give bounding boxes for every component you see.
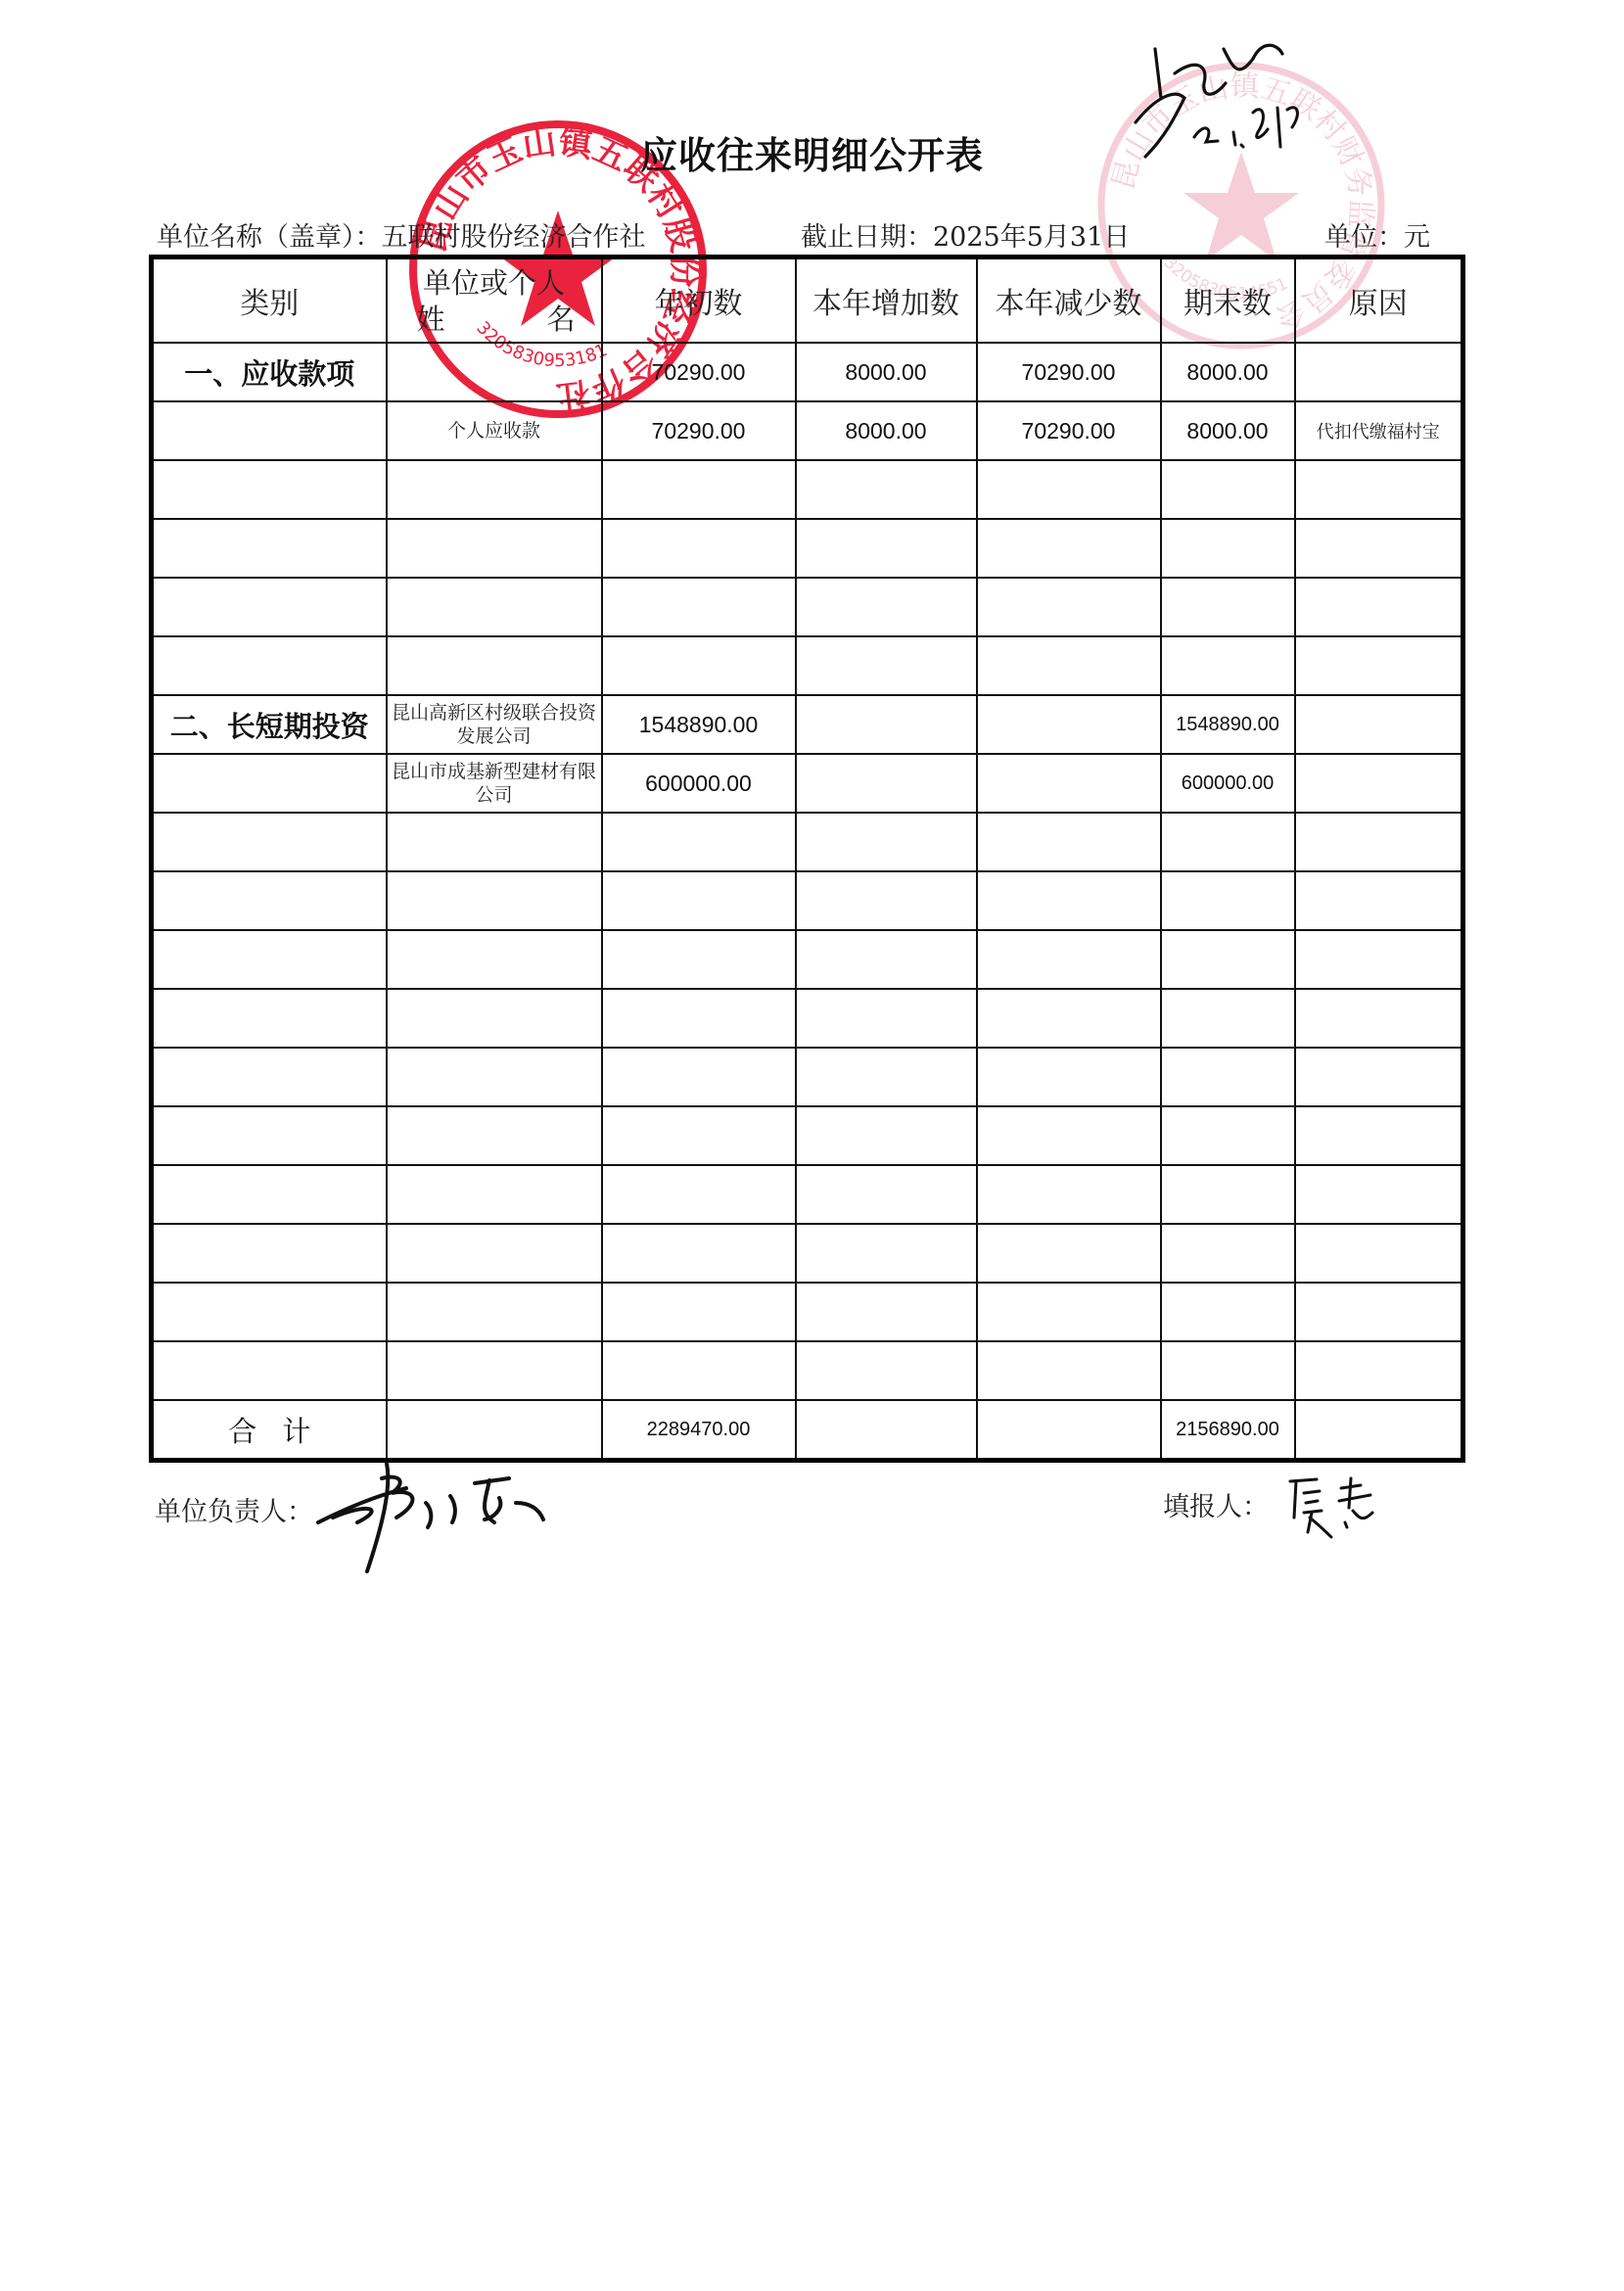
cell-decrease bbox=[977, 578, 1161, 636]
cell-decrease: 70290.00 bbox=[977, 401, 1161, 460]
cell-opening: 1548890.00 bbox=[602, 695, 796, 754]
cell-category bbox=[152, 519, 387, 578]
cell-decrease bbox=[977, 871, 1161, 930]
cell-reason bbox=[1295, 343, 1463, 401]
cell-opening bbox=[602, 871, 796, 930]
cell-increase bbox=[796, 754, 977, 813]
cell-category bbox=[152, 1224, 387, 1283]
cell-opening bbox=[602, 1224, 796, 1283]
cell-increase: 8000.00 bbox=[796, 401, 977, 460]
cell-category bbox=[152, 1341, 387, 1400]
total-row: 合计2289470.002156890.00 bbox=[152, 1400, 1463, 1461]
cell-opening: 70290.00 bbox=[602, 401, 796, 460]
table-row: 一、应收款项70290.008000.0070290.008000.00 bbox=[152, 343, 1463, 401]
cell-entity bbox=[387, 1106, 602, 1165]
cell-closing bbox=[1161, 813, 1295, 871]
cell-increase bbox=[796, 813, 977, 871]
cell-entity bbox=[387, 1341, 602, 1400]
currency-unit: 单位：元 bbox=[1324, 215, 1430, 254]
cell-reason bbox=[1295, 754, 1463, 813]
receivables-ledger-table: 类别 单位或个人 姓 名 年初数 本年增加数 本年减少数 期末数 原因 一、应收… bbox=[149, 255, 1465, 1463]
cell-decrease bbox=[977, 519, 1161, 578]
header-entity-line2b: 名 bbox=[546, 298, 575, 338]
cell-decrease bbox=[977, 1106, 1161, 1165]
cell-entity bbox=[387, 343, 602, 401]
cell-increase bbox=[796, 460, 977, 519]
cell-increase bbox=[796, 930, 977, 989]
header-increase: 本年增加数 bbox=[796, 257, 977, 344]
cell-reason bbox=[1295, 578, 1463, 636]
cell-reason bbox=[1295, 1341, 1463, 1400]
cell-decrease bbox=[977, 930, 1161, 989]
cell-increase bbox=[796, 1283, 977, 1341]
total-decrease bbox=[977, 1400, 1161, 1461]
cell-reason bbox=[1295, 460, 1463, 519]
table-row: 二、长短期投资昆山高新区村级联合投资发展公司1548890.001548890.… bbox=[152, 695, 1463, 754]
cell-opening bbox=[602, 636, 796, 695]
cell-reason bbox=[1295, 519, 1463, 578]
cell-opening: 600000.00 bbox=[602, 754, 796, 813]
table-row bbox=[152, 1165, 1463, 1224]
cell-category bbox=[152, 460, 387, 519]
cell-increase bbox=[796, 1341, 977, 1400]
table-row bbox=[152, 1283, 1463, 1341]
table-row bbox=[152, 1048, 1463, 1106]
cell-category bbox=[152, 930, 387, 989]
header-entity-line1: 单位或个人 bbox=[388, 261, 601, 302]
cell-closing bbox=[1161, 1283, 1295, 1341]
cell-increase bbox=[796, 1224, 977, 1283]
table-row bbox=[152, 636, 1463, 695]
responsible-person-label: 单位负责人： bbox=[155, 1490, 313, 1528]
table-row bbox=[152, 989, 1463, 1048]
header-closing: 期末数 bbox=[1161, 257, 1295, 344]
cell-increase bbox=[796, 1106, 977, 1165]
cell-category bbox=[152, 1048, 387, 1106]
cell-closing bbox=[1161, 460, 1295, 519]
total-closing: 2156890.00 bbox=[1161, 1400, 1295, 1461]
cell-reason bbox=[1295, 1048, 1463, 1106]
cell-category bbox=[152, 871, 387, 930]
cell-opening bbox=[602, 1341, 796, 1400]
cell-opening bbox=[602, 460, 796, 519]
cell-closing bbox=[1161, 1165, 1295, 1224]
cell-category: 一、应收款项 bbox=[152, 343, 387, 401]
header-decrease: 本年减少数 bbox=[977, 257, 1161, 344]
cell-category bbox=[152, 401, 387, 460]
table-row: 昆山市成基新型建材有限公司600000.00600000.00 bbox=[152, 754, 1463, 813]
cell-increase: 8000.00 bbox=[796, 343, 977, 401]
cell-entity bbox=[387, 1165, 602, 1224]
table-row: 个人应收款70290.008000.0070290.008000.00代扣代缴福… bbox=[152, 401, 1463, 460]
cell-decrease bbox=[977, 1341, 1161, 1400]
cell-closing bbox=[1161, 930, 1295, 989]
cell-opening bbox=[602, 519, 796, 578]
cell-reason bbox=[1295, 695, 1463, 754]
cell-decrease bbox=[977, 695, 1161, 754]
total-label: 合计 bbox=[152, 1400, 387, 1461]
cell-closing: 8000.00 bbox=[1161, 343, 1295, 401]
cell-closing bbox=[1161, 989, 1295, 1048]
cell-entity bbox=[387, 636, 602, 695]
cell-reason bbox=[1295, 871, 1463, 930]
cell-reason bbox=[1295, 636, 1463, 695]
cell-entity bbox=[387, 930, 602, 989]
cell-entity bbox=[387, 1224, 602, 1283]
cell-increase bbox=[796, 989, 977, 1048]
cell-increase bbox=[796, 871, 977, 930]
cell-entity: 个人应收款 bbox=[387, 401, 602, 460]
table-row bbox=[152, 519, 1463, 578]
cell-opening bbox=[602, 930, 796, 989]
cell-decrease bbox=[977, 989, 1161, 1048]
cell-entity bbox=[387, 1283, 602, 1341]
responsible-person-signature bbox=[299, 1449, 592, 1586]
cell-opening bbox=[602, 1165, 796, 1224]
cell-entity bbox=[387, 871, 602, 930]
cell-reason bbox=[1295, 1283, 1463, 1341]
total-opening: 2289470.00 bbox=[602, 1400, 796, 1461]
cell-reason bbox=[1295, 989, 1463, 1048]
cell-reason bbox=[1295, 930, 1463, 989]
cell-opening bbox=[602, 1283, 796, 1341]
cell-category bbox=[152, 989, 387, 1048]
cell-opening bbox=[602, 813, 796, 871]
cell-category bbox=[152, 1283, 387, 1341]
cell-opening bbox=[602, 1106, 796, 1165]
cell-closing: 8000.00 bbox=[1161, 401, 1295, 460]
cell-reason bbox=[1295, 1106, 1463, 1165]
cell-category bbox=[152, 636, 387, 695]
cell-entity bbox=[387, 519, 602, 578]
total-increase bbox=[796, 1400, 977, 1461]
cell-entity: 昆山市成基新型建材有限公司 bbox=[387, 754, 602, 813]
cell-closing bbox=[1161, 1048, 1295, 1106]
table-row bbox=[152, 1106, 1463, 1165]
unit-name-label: 单位名称（盖章）：五联村股份经济合作社 bbox=[157, 215, 646, 254]
cell-closing bbox=[1161, 1224, 1295, 1283]
header-category: 类别 bbox=[152, 257, 387, 344]
cell-closing bbox=[1161, 578, 1295, 636]
cell-increase bbox=[796, 1048, 977, 1106]
cell-category bbox=[152, 1165, 387, 1224]
cell-increase bbox=[796, 636, 977, 695]
cell-closing bbox=[1161, 871, 1295, 930]
filled-by-signature bbox=[1282, 1473, 1390, 1552]
filled-by-label: 填报人： bbox=[1163, 1485, 1269, 1523]
header-opening: 年初数 bbox=[602, 257, 796, 344]
cell-decrease bbox=[977, 636, 1161, 695]
table-row bbox=[152, 460, 1463, 519]
total-reason bbox=[1295, 1400, 1463, 1461]
table-row bbox=[152, 1224, 1463, 1283]
cell-decrease bbox=[977, 1048, 1161, 1106]
cell-decrease bbox=[977, 754, 1161, 813]
cell-closing: 600000.00 bbox=[1161, 754, 1295, 813]
cell-decrease bbox=[977, 1165, 1161, 1224]
cell-entity bbox=[387, 578, 602, 636]
cell-entity bbox=[387, 813, 602, 871]
cell-reason bbox=[1295, 1224, 1463, 1283]
cell-closing bbox=[1161, 1341, 1295, 1400]
cell-increase bbox=[796, 695, 977, 754]
cell-category: 二、长短期投资 bbox=[152, 695, 387, 754]
cell-opening: 70290.00 bbox=[602, 343, 796, 401]
table-header-row: 类别 单位或个人 姓 名 年初数 本年增加数 本年减少数 期末数 原因 bbox=[152, 257, 1463, 344]
total-entity bbox=[387, 1400, 602, 1461]
cell-category bbox=[152, 578, 387, 636]
header-entity-line2a: 姓 bbox=[417, 298, 445, 338]
cell-reason bbox=[1295, 813, 1463, 871]
table-row bbox=[152, 871, 1463, 930]
header-entity-name: 单位或个人 姓 名 bbox=[387, 257, 602, 344]
cell-closing bbox=[1161, 1106, 1295, 1165]
table-row bbox=[152, 930, 1463, 989]
cell-increase bbox=[796, 519, 977, 578]
cell-closing bbox=[1161, 636, 1295, 695]
cell-category bbox=[152, 754, 387, 813]
cell-closing bbox=[1161, 519, 1295, 578]
cell-decrease bbox=[977, 1283, 1161, 1341]
cell-entity bbox=[387, 1048, 602, 1106]
cell-opening bbox=[602, 989, 796, 1048]
cell-reason bbox=[1295, 1165, 1463, 1224]
table-row bbox=[152, 578, 1463, 636]
cell-closing: 1548890.00 bbox=[1161, 695, 1295, 754]
page-title: 应收往来明细公开表 bbox=[0, 125, 1624, 179]
cell-category bbox=[152, 1106, 387, 1165]
header-reason: 原因 bbox=[1295, 257, 1463, 344]
cell-reason: 代扣代缴福村宝 bbox=[1295, 401, 1463, 460]
cell-decrease bbox=[977, 460, 1161, 519]
cell-entity: 昆山高新区村级联合投资发展公司 bbox=[387, 695, 602, 754]
cell-entity bbox=[387, 460, 602, 519]
cell-entity bbox=[387, 989, 602, 1048]
cutoff-date: 截止日期：2025年5月31日 bbox=[801, 215, 1130, 254]
cell-increase bbox=[796, 578, 977, 636]
cell-decrease bbox=[977, 1224, 1161, 1283]
cell-decrease bbox=[977, 813, 1161, 871]
cell-opening bbox=[602, 1048, 796, 1106]
table-row bbox=[152, 813, 1463, 871]
cell-decrease: 70290.00 bbox=[977, 343, 1161, 401]
cell-increase bbox=[796, 1165, 977, 1224]
cell-opening bbox=[602, 578, 796, 636]
table-row bbox=[152, 1341, 1463, 1400]
cell-category bbox=[152, 813, 387, 871]
